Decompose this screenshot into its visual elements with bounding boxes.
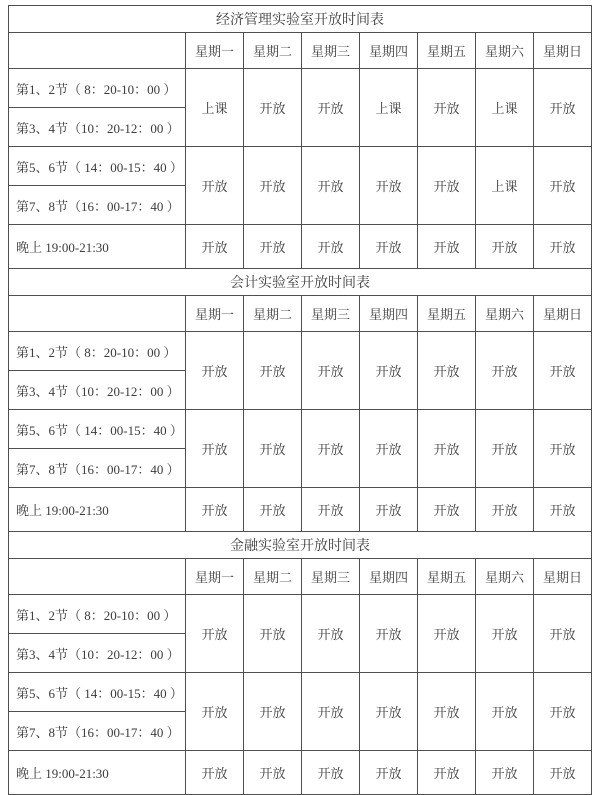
- status-cell: 开放: [360, 410, 418, 488]
- status-cell: 开放: [534, 751, 592, 795]
- day-header-sun: 星期日: [534, 33, 592, 69]
- table-1-corner-cell: [9, 33, 186, 69]
- status-cell: 开放: [418, 673, 476, 751]
- day-header-sat: 星期六: [476, 33, 534, 69]
- status-cell: 开放: [244, 147, 302, 225]
- period-label-56: 第5、6节（ 14：00-15：40 ）: [9, 673, 186, 712]
- period-label-12: 第1、2节（ 8：20-10：00 ）: [9, 332, 186, 371]
- table-2-title: 会计实验室开放时间表: [9, 269, 592, 296]
- status-cell: 开放: [418, 225, 476, 269]
- day-header-mon: 星期一: [186, 296, 244, 332]
- table-3-corner-cell: [9, 559, 186, 595]
- day-header-sat: 星期六: [476, 296, 534, 332]
- table-2-title-row: 会计实验室开放时间表: [9, 269, 592, 296]
- table-3-title-row: 金融实验室开放时间表: [9, 532, 592, 559]
- table-1-period-56-row: 第5、6节（ 14：00-15：40 ） 开放 开放 开放 开放 开放 上课 开…: [9, 147, 592, 186]
- status-cell: 开放: [534, 488, 592, 532]
- status-cell: 上课: [476, 69, 534, 147]
- day-header-wed: 星期三: [302, 559, 360, 595]
- day-header-fri: 星期五: [418, 559, 476, 595]
- status-cell: 开放: [534, 595, 592, 673]
- period-label-78: 第7、8节（16：00-17：40 ）: [9, 186, 186, 225]
- status-cell: 开放: [534, 147, 592, 225]
- status-cell: 开放: [244, 69, 302, 147]
- status-cell: 开放: [476, 410, 534, 488]
- day-header-mon: 星期一: [186, 559, 244, 595]
- period-label-56: 第5、6节（ 14：00-15：40 ）: [9, 147, 186, 186]
- day-header-thu: 星期四: [360, 559, 418, 595]
- status-cell: 开放: [476, 595, 534, 673]
- day-header-thu: 星期四: [360, 296, 418, 332]
- day-header-wed: 星期三: [302, 296, 360, 332]
- status-cell: 开放: [534, 225, 592, 269]
- status-cell: 开放: [186, 488, 244, 532]
- status-cell: 开放: [186, 595, 244, 673]
- status-cell: 开放: [186, 751, 244, 795]
- table-2-period-56-row: 第5、6节（ 14：00-15：40 ） 开放 开放 开放 开放 开放 开放 开…: [9, 410, 592, 449]
- status-cell: 上课: [360, 69, 418, 147]
- table-2-evening-row: 晚上 19:00-21:30 开放 开放 开放 开放 开放 开放 开放: [9, 488, 592, 532]
- status-cell: 开放: [360, 147, 418, 225]
- period-label-78: 第7、8节（16：00-17：40 ）: [9, 449, 186, 488]
- status-cell: 开放: [476, 332, 534, 410]
- status-cell: 开放: [534, 410, 592, 488]
- status-cell: 开放: [534, 673, 592, 751]
- period-label-34: 第3、4节（10：20-12：00 ）: [9, 371, 186, 410]
- status-cell: 开放: [476, 488, 534, 532]
- day-header-fri: 星期五: [418, 33, 476, 69]
- status-cell: 开放: [244, 410, 302, 488]
- status-cell: 开放: [302, 69, 360, 147]
- table-1-title: 经济管理实验室开放时间表: [9, 6, 592, 33]
- status-cell: 开放: [186, 673, 244, 751]
- status-cell: 上课: [186, 69, 244, 147]
- status-cell: 开放: [186, 410, 244, 488]
- table-3-day-header-row: 星期一 星期二 星期三 星期四 星期五 星期六 星期日: [9, 559, 592, 595]
- status-cell: 开放: [186, 225, 244, 269]
- status-cell: 开放: [360, 673, 418, 751]
- status-cell: 上课: [476, 147, 534, 225]
- status-cell: 开放: [302, 332, 360, 410]
- status-cell: 开放: [418, 751, 476, 795]
- table-1-period-12-row: 第1、2节（ 8：20-10：00 ） 上课 开放 开放 上课 开放 上课 开放: [9, 69, 592, 108]
- status-cell: 开放: [244, 488, 302, 532]
- day-header-wed: 星期三: [302, 33, 360, 69]
- day-header-sun: 星期日: [534, 559, 592, 595]
- status-cell: 开放: [302, 147, 360, 225]
- status-cell: 开放: [244, 673, 302, 751]
- status-cell: 开放: [244, 751, 302, 795]
- status-cell: 开放: [418, 69, 476, 147]
- status-cell: 开放: [186, 147, 244, 225]
- period-label-56: 第5、6节（ 14：00-15：40 ）: [9, 410, 186, 449]
- status-cell: 开放: [302, 225, 360, 269]
- table-2-period-12-row: 第1、2节（ 8：20-10：00 ） 开放 开放 开放 开放 开放 开放 开放: [9, 332, 592, 371]
- status-cell: 开放: [244, 595, 302, 673]
- status-cell: 开放: [302, 673, 360, 751]
- table-1-evening-row: 晚上 19:00-21:30 开放 开放 开放 开放 开放 开放 开放: [9, 225, 592, 269]
- period-label-evening: 晚上 19:00-21:30: [9, 225, 186, 269]
- status-cell: 开放: [360, 332, 418, 410]
- status-cell: 开放: [418, 147, 476, 225]
- status-cell: 开放: [418, 488, 476, 532]
- period-label-78: 第7、8节（16：00-17：40 ）: [9, 712, 186, 751]
- status-cell: 开放: [302, 595, 360, 673]
- status-cell: 开放: [534, 332, 592, 410]
- period-label-12: 第1、2节（ 8：20-10：00 ）: [9, 595, 186, 634]
- status-cell: 开放: [360, 595, 418, 673]
- status-cell: 开放: [418, 332, 476, 410]
- status-cell: 开放: [476, 751, 534, 795]
- day-header-sun: 星期日: [534, 296, 592, 332]
- period-label-12: 第1、2节（ 8：20-10：00 ）: [9, 69, 186, 108]
- status-cell: 开放: [360, 488, 418, 532]
- period-label-evening: 晚上 19:00-21:30: [9, 488, 186, 532]
- table-3-period-56-row: 第5、6节（ 14：00-15：40 ） 开放 开放 开放 开放 开放 开放 开…: [9, 673, 592, 712]
- table-3-evening-row: 晚上 19:00-21:30 开放 开放 开放 开放 开放 开放 开放: [9, 751, 592, 795]
- status-cell: 开放: [302, 751, 360, 795]
- status-cell: 开放: [186, 332, 244, 410]
- table-2-corner-cell: [9, 296, 186, 332]
- day-header-sat: 星期六: [476, 559, 534, 595]
- status-cell: 开放: [244, 225, 302, 269]
- status-cell: 开放: [360, 751, 418, 795]
- period-label-evening: 晚上 19:00-21:30: [9, 751, 186, 795]
- table-2-day-header-row: 星期一 星期二 星期三 星期四 星期五 星期六 星期日: [9, 296, 592, 332]
- status-cell: 开放: [418, 410, 476, 488]
- table-1-day-header-row: 星期一 星期二 星期三 星期四 星期五 星期六 星期日: [9, 33, 592, 69]
- period-label-34: 第3、4节（10：20-12：00 ）: [9, 634, 186, 673]
- period-label-34: 第3、4节（10：20-12：00 ）: [9, 108, 186, 147]
- day-header-tue: 星期二: [244, 559, 302, 595]
- day-header-fri: 星期五: [418, 296, 476, 332]
- day-header-mon: 星期一: [186, 33, 244, 69]
- status-cell: 开放: [534, 69, 592, 147]
- day-header-tue: 星期二: [244, 296, 302, 332]
- status-cell: 开放: [418, 595, 476, 673]
- table-3-period-12-row: 第1、2节（ 8：20-10：00 ） 开放 开放 开放 开放 开放 开放 开放: [9, 595, 592, 634]
- status-cell: 开放: [476, 673, 534, 751]
- table-3-title: 金融实验室开放时间表: [9, 532, 592, 559]
- status-cell: 开放: [476, 225, 534, 269]
- lab-schedule-table: 经济管理实验室开放时间表 星期一 星期二 星期三 星期四 星期五 星期六 星期日…: [8, 5, 592, 795]
- status-cell: 开放: [302, 410, 360, 488]
- status-cell: 开放: [360, 225, 418, 269]
- table-1-title-row: 经济管理实验室开放时间表: [9, 6, 592, 33]
- status-cell: 开放: [302, 488, 360, 532]
- day-header-tue: 星期二: [244, 33, 302, 69]
- status-cell: 开放: [244, 332, 302, 410]
- day-header-thu: 星期四: [360, 33, 418, 69]
